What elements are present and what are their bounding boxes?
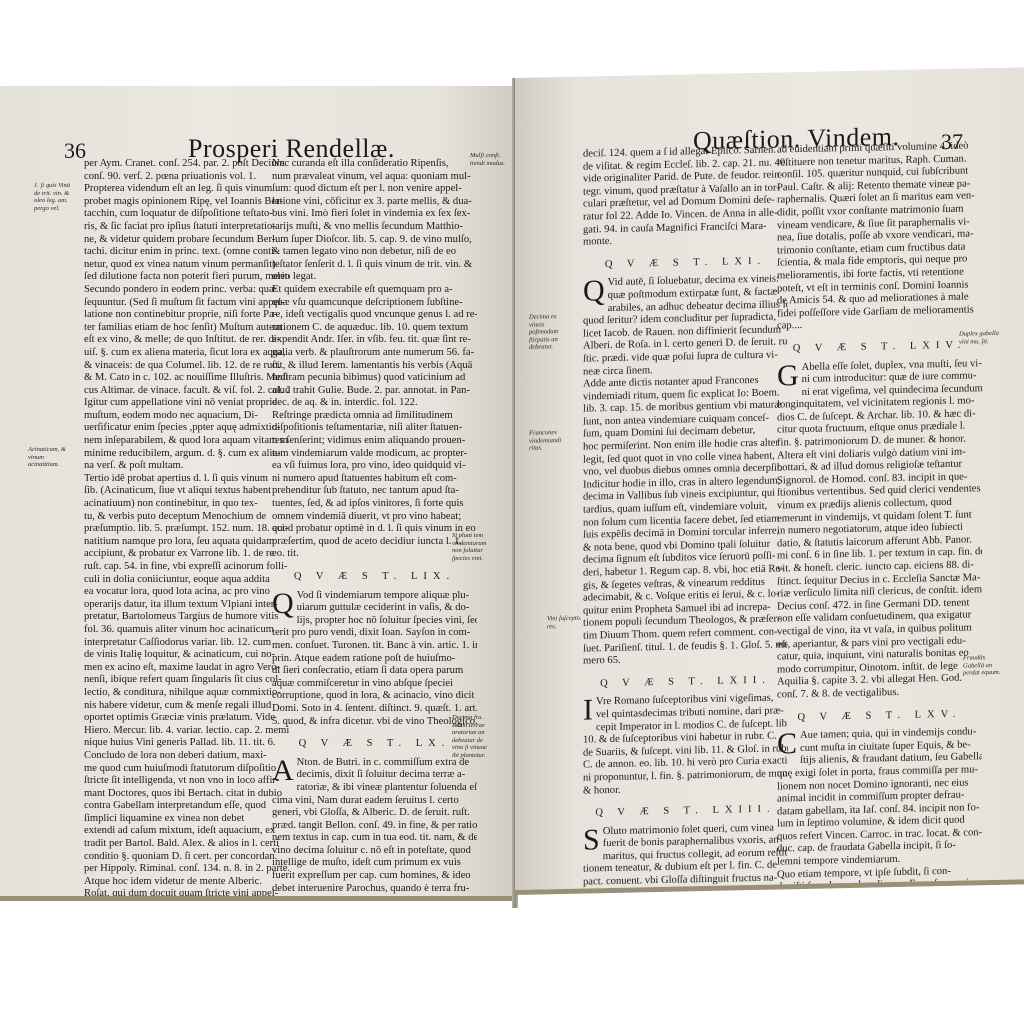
- text-line: ea vocatur lora, quod lota acina, ac pro…: [84, 586, 289, 599]
- right-column-1: deciſ. 124. quem a ſ id allegat Epiſco. …: [583, 144, 788, 895]
- text-line: men ex acino eſt, maxime laudat in agro …: [84, 662, 289, 675]
- text-line: oleo legat.: [272, 271, 477, 284]
- text-line: latione vini, cōficitur ex 3. parte mell…: [272, 196, 477, 209]
- margin-note: 1. ſi quis Vinū de trit. vin. & oleo leg…: [34, 182, 76, 212]
- text-line: fuerit expreſſum per cap. cum homines, &…: [272, 870, 477, 883]
- text-line: eſt ex vino, & melle; de quo Inſtitut. d…: [84, 334, 289, 347]
- quaestio-heading-65: Q V Æ S T. LXV.: [777, 708, 982, 725]
- text-line: oportet optimis Græciæ vinis prælatum. V…: [84, 712, 289, 725]
- text-line: men. conſuet. Turonen. tit. Banc à vin. …: [272, 640, 477, 653]
- text-line: netur, quod ex vinea natum vinum permanſ…: [84, 259, 289, 272]
- text-line: fol. 36. quamuis aliter vinum hoc acinat…: [84, 624, 289, 637]
- text-line: Vod ſi vindemiarum tempore aliquæ plu-: [297, 590, 477, 603]
- text-line: alud trahit Gulie. Bude. 2. par. annotat…: [272, 385, 477, 398]
- text-line: ctus amouentur. Dominus Vincen. de Franc…: [272, 895, 477, 901]
- text-line: probet magis opinionem Ripę, vel Ioannis…: [84, 196, 289, 209]
- text-line: na verſ. & poſt multam.: [84, 460, 289, 473]
- text-line: tuentes, ſed, & ad ipſos vinitores, ſi f…: [272, 498, 477, 511]
- text-line: bus vini. Imò fieri ſolet in vindemia ex…: [272, 208, 477, 221]
- text-line: Reſtringe prædicta omnia ad ſimilitudine…: [272, 410, 477, 423]
- text-line: nenſi, ibique refert quam ſingularis ſit…: [84, 674, 289, 687]
- text-line: de vinis Italię loquitur, & acinaticum, …: [84, 649, 289, 662]
- text-line: rationem C. de aquæduc. lib. 10. quem te…: [272, 322, 477, 335]
- text-line: ruſt. cap. 54. in fine, vbi expreſſi aci…: [84, 561, 289, 574]
- text-line: operarijs datur, ita illum textum Vlpian…: [84, 599, 289, 612]
- text-line: expendit Andr. Iſer. in vſib. feu. tit. …: [272, 334, 477, 347]
- right-column-1-text: deciſ. 124. quem a ſ id allegat Epiſco. …: [583, 144, 788, 249]
- text-line: Roſat. qui dum docuit quam ſtricte vini …: [84, 888, 289, 901]
- drop-cap: G: [777, 363, 799, 389]
- text-line: accipiunt, & probatur ex Varrone lib. 1.…: [84, 548, 289, 561]
- drop-cap: A: [272, 758, 294, 784]
- text-line: nem textus in cap. cum in tua eod. tit. …: [272, 832, 477, 845]
- left-page: 36 Prosperi Rendellæ. 1. ſi quis Vinū de…: [0, 86, 515, 901]
- text-line: tarijs muſti, & vno mellis ſecundum Matt…: [272, 221, 477, 234]
- text-line: muſtum, eodem modo nec aquacium, Di-: [84, 410, 289, 423]
- text-line: ſequuntur. (Sed ſi muſtum ſit factum vin…: [84, 297, 289, 310]
- text-line: culi in dolia coniiciuntur, eoque aqua a…: [84, 574, 289, 587]
- text-line: prin. Atque eadem ratione poſt de huiuſm…: [272, 653, 477, 666]
- text-line: uiſ. §. cum ex aliena materia, ſicut lor…: [84, 347, 289, 360]
- text-line: nem inſeparabilem, & quod lora aquam vit…: [84, 435, 289, 448]
- quaestio-heading-62: Q V Æ S T. LXII.: [583, 674, 788, 691]
- text-line: diſpoſitionis teſtamentariæ, niſi aliter…: [272, 422, 477, 435]
- open-book: 36 Prosperi Rendellæ. 1. ſi quis Vinū de…: [0, 78, 1024, 908]
- text-line: contra Gabellam interpretandum eſſe, quo…: [84, 800, 289, 813]
- text-line: conditio §. quoniam D. ſi cert. per conc…: [84, 851, 289, 864]
- text-line: Tertio idē probat apertius d. l. ſi quis…: [84, 473, 289, 486]
- text-line: Nec curanda eſt illa conſideratio Ripenſ…: [272, 158, 477, 171]
- text-line: lijs, propter hoc nō ſoluitur ſpecies vi…: [297, 615, 477, 628]
- text-line: intellige de muſto, ideſt cum primum ex …: [272, 857, 477, 870]
- text-line: tes ſenſerint; vidimus enim aliquando pr…: [272, 435, 477, 448]
- text-line: per Aym. Cranet. conſ. 254. par. 2. poſt…: [84, 158, 289, 171]
- text-line: di ſieri conſecratio, etiam ſi data oper…: [272, 665, 477, 678]
- quaestio-65: C Aue tamen; quia, qui in vindemijs cond…: [777, 726, 982, 895]
- text-line: decimis, dixit ſi ſoluitur decima terræ …: [297, 769, 477, 782]
- right-column-2: ad euidentiam primi quæſiti volumine 4. …: [777, 140, 982, 895]
- text-line: & vinaceis: de qua Columel. lib. 12. de …: [84, 360, 289, 373]
- text-line: Domi. Soto in 4. ſentent. diſtinct. 9. q…: [272, 703, 477, 716]
- text-line: ſed dilutione facta non poterit fieri pu…: [84, 271, 289, 284]
- page-number-left: 36: [64, 138, 86, 164]
- text-line: debet interuenire Parochus, quando è ter…: [272, 883, 477, 896]
- text-line: eo. tit.: [272, 548, 477, 561]
- text-line: uerſificatur enim ſpecies ,ppter aquę ad…: [84, 422, 289, 435]
- quaestio-59: Q Vod ſi vindemiarum tempore aliquæ plu-…: [272, 590, 477, 729]
- text-line: terit pro puro vendi, dixit Ioan. Sayſon…: [272, 627, 477, 640]
- text-line: ter familias etiam de hoc ſenſit) Muſtum…: [84, 322, 289, 335]
- text-line: ratoriæ, & ibi vineæ plantentur ſoluenda…: [297, 782, 477, 795]
- text-line: tu, & verbis puto deceptum Menochium de: [84, 511, 289, 524]
- text-line: quod probatur optimè in d. l. ſi quis vi…: [272, 523, 477, 536]
- text-line: & tamen legato vino non debetur, niſi de…: [272, 246, 477, 259]
- text-line: Atque hoc idem videtur de mente Alberic.: [84, 876, 289, 889]
- text-line: num prævaleat vinum, vel aqua: quoniam m…: [272, 171, 477, 184]
- right-column-2-text: ad euidentiam primi quæſiti volumine 4. …: [777, 140, 982, 333]
- text-line: per Hippoly. Riminal. conſ. 134. n. 8. i…: [84, 863, 289, 876]
- text-line: prehenditur ſub ſtatuto, nec tantum apud…: [272, 485, 477, 498]
- quaestio-61-text: Vid autē, ſi ſoluebatur, decima ex vinei…: [583, 274, 788, 669]
- text-line: tum vindemiarum valde modicum, ac propte…: [272, 448, 477, 461]
- text-line: tacchin, cum loquatur de diſpoſitione te…: [84, 208, 289, 221]
- text-line: 5. quod, & infra dicetur. vbi de vino Th…: [272, 716, 477, 729]
- text-line: mant Doctores, quos ibi Bertach. citat i…: [84, 788, 289, 801]
- text-line: ne, & videtur quidem probare ſecundum Be…: [84, 234, 289, 247]
- text-line: ſimplici liquamine ex vinea non debet: [84, 813, 289, 826]
- left-column-1: per Aym. Cranet. conſ. 254. par. 2. poſt…: [84, 158, 289, 901]
- quaestio-62-text: Vre Romano ſuſceptoribus vini vigeſimas,…: [583, 693, 788, 798]
- text-line: minime reducibilem, argum. d. §. cum ex …: [84, 448, 289, 461]
- left-column-2-text: Nec curanda eſt illa conſideratio Ripenſ…: [272, 158, 477, 561]
- text-line: noſtram pecunia bibimus) quod vaticinium…: [272, 372, 477, 385]
- quaestio-heading-60: Q V Æ S T. LX.: [272, 738, 477, 751]
- text-line: quæ vſu quamcunque deſcriptionem ſubſtin…: [272, 297, 477, 310]
- text-line: re, ideſt vectigalis quod vncunque genus…: [272, 309, 477, 322]
- text-line: Igitur cum appellatione vini nō veniat p…: [84, 397, 289, 410]
- text-line: lum ſuper Dioſcor. lib. 5. cap. 9. de vi…: [272, 234, 477, 247]
- text-line: iurat ignoraſſe ius gabellæ, ſufficit ad…: [777, 890, 982, 895]
- quaestio-63-text: Oluto matrimonio ſolet queri, cum vineaf…: [583, 822, 788, 895]
- quaestio-64: G Abella eſſe ſolet, duplex, vna muſti, …: [777, 358, 982, 702]
- quaestio-60-text: Nton. de Butri. in c. commiſſum extra de…: [272, 757, 477, 901]
- text-line: natitium namque pro lora, ſeu aquata qui…: [84, 536, 289, 549]
- text-line: tradit per Bartol. Bald. Alex. & alios i…: [84, 838, 289, 851]
- quaestio-heading-59: Q V Æ S T. LIX.: [272, 571, 477, 584]
- text-line: ſib. (Acinaticum, ſiue vt aliqui textus …: [84, 485, 289, 498]
- right-page: Quæſtion. Vindem. 37 Decima ex vineis po…: [515, 67, 1024, 895]
- quaestio-60: A Nton. de Butri. in c. commiſſum extra …: [272, 757, 477, 901]
- text-line: Concludo de lora non deberi datium, maxi…: [84, 750, 289, 763]
- quaestio-59-text: Vod ſi vindemiarum tempore aliquæ plu-ui…: [272, 590, 477, 729]
- quaestio-65-text: Aue tamen; quia, qui in vindemijs condu-…: [777, 726, 982, 895]
- text-line: Et quidem execrabile eſt quemquam pro a-: [272, 284, 477, 297]
- drop-cap: S: [583, 827, 600, 853]
- text-line: ris, & ſic faciat pro ipſius ſtatuti int…: [84, 221, 289, 234]
- text-line: Hiero. Mercur. lib. 4. variar. lectio. c…: [84, 725, 289, 738]
- text-line: dec. de aq. & in. interdic. fol. 122.: [272, 397, 477, 410]
- quaestio-heading-64: Q V Æ S T. LXIV.: [777, 339, 982, 356]
- quaestio-61: Q Vid autē, ſi ſoluebatur, decima ex vin…: [583, 274, 788, 669]
- text-line: latione non continebitur proprie, niſi f…: [84, 309, 289, 322]
- text-line: cus Altimar. de vinace. facult. & viſ. f…: [84, 385, 289, 398]
- text-line: ſtricte ſit intelligenda, vt non vno in …: [84, 775, 289, 788]
- text-line: præſertim, quod de aceto decidiur iuncta…: [272, 536, 477, 549]
- text-line: pretatur, Bartolomeus Targius de humore …: [84, 611, 289, 624]
- text-line: aquæ commiſceretur in vino abſque ſpecie…: [272, 678, 477, 691]
- text-line: Nton. de Butri. in c. commiſſum extra de: [297, 757, 477, 770]
- text-line: generi, vbi Gloſſa, & Alberic. D. de ſer…: [272, 807, 477, 820]
- text-line: interpretatur Caſſiodorus variar. lib. 1…: [84, 637, 289, 650]
- text-line: præſumptio. lib. 5. præſumpt. 152. num. …: [84, 523, 289, 536]
- text-line: ni numero apud ſtatuentes habitum eſt co…: [272, 473, 477, 486]
- quaestio-heading-61: Q V Æ S T. LXI.: [583, 255, 788, 272]
- quaestio-63: S Oluto matrimonio ſolet queri, cum vine…: [583, 822, 788, 895]
- drop-cap: Q: [272, 591, 294, 617]
- drop-cap: C: [777, 731, 797, 757]
- text-line: nique huius Vini generis Pallad. lib. 11…: [84, 737, 289, 750]
- text-line: cima vini, Nam durat eadem ſeruitus l. c…: [272, 795, 477, 808]
- margin-note: Acinaticum, & vinum acinatitium.: [28, 446, 70, 469]
- text-line: uiarum guttulæ ceciderint in vaſis, & do…: [297, 602, 477, 615]
- quaestio-heading-63: Q V Æ S T. LXIII.: [583, 803, 788, 820]
- text-line: conſ. 90. verſ. 2. pœna priuationis vol.…: [84, 171, 289, 184]
- text-line: præd. tangit Bellon. conſ. 49. in fine, …: [272, 820, 477, 833]
- text-line: nis habere videtur, cum & menſe regali i…: [84, 700, 289, 713]
- text-line: acinatiuum) non continebitur, in quo tex…: [84, 498, 289, 511]
- text-line: lectio, & conditura, nihilque aquæ commi…: [84, 687, 289, 700]
- text-line: teſtator ſenſerit d. l. ſi quis vinum de…: [272, 259, 477, 272]
- text-line: tachi. dicitur enim in princ. text. (omn…: [84, 246, 289, 259]
- text-line: & M. Cato in c. 102. ac nouiſſime Illuſt…: [84, 372, 289, 385]
- text-line: corruptione, quod in lora, & acinacio, v…: [272, 690, 477, 703]
- text-line: omnem vindemiā diuerit, vt pro vino habe…: [272, 511, 477, 524]
- text-line: cit, & illud Ierem. lamentantis his verb…: [272, 360, 477, 373]
- margin-note: Francones vindemiandi ritus.: [529, 429, 571, 452]
- text-line: galia verb. & plauſtrorum ante numerum 5…: [272, 347, 477, 360]
- text-line: ea vſi fuimus lora, pro vino, ideo quidq…: [272, 460, 477, 473]
- text-line: ſum: quod dictum eſt per l. non venire a…: [272, 183, 477, 196]
- drop-cap: I: [583, 698, 593, 724]
- left-column-2: Nec curanda eſt illa conſideratio Ripenſ…: [272, 158, 477, 901]
- text-line: Secundo pondero in eodem princ. verba: q…: [84, 284, 289, 297]
- text-line: extendi ad caſum mixtum, ideſt aquacium,…: [84, 825, 289, 838]
- text-line: vino decima ſoluitur c. nō eſt in poteſt…: [272, 845, 477, 858]
- quaestio-62: I Vre Romano ſuſceptoribus vini vigeſima…: [583, 693, 788, 798]
- quaestio-64-text: Abella eſſe ſolet, duplex, vna muſti, ſe…: [777, 358, 982, 702]
- text-line: me quod cum huiuſmodi ſtatutorum diſpoſi…: [84, 763, 289, 776]
- text-line: Propterea videndum eſt an leg. ſi quis v…: [84, 183, 289, 196]
- margin-note: Decima ex vineis poſtmodum ſtirpatis an …: [529, 313, 571, 351]
- drop-cap: Q: [583, 278, 605, 304]
